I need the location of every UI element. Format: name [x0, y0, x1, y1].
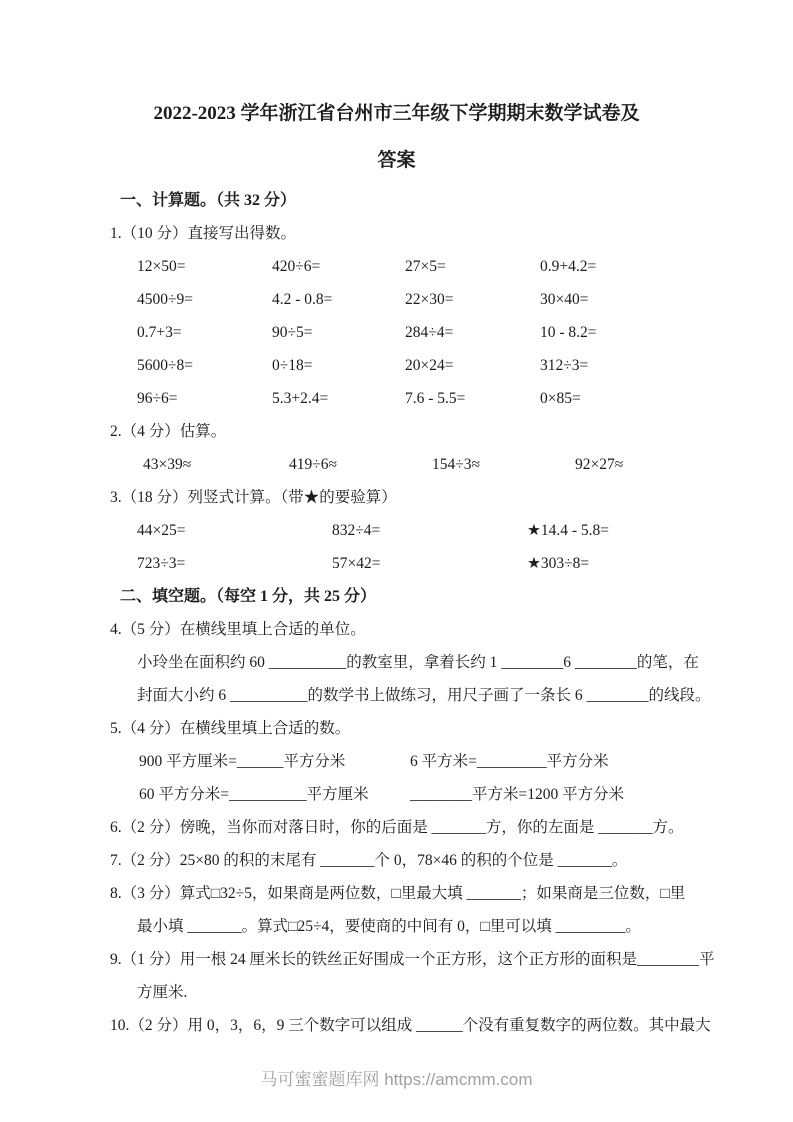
expression-cell: 4500÷9= [137, 283, 272, 316]
expression-cell: ★303÷8= [527, 547, 693, 580]
expression-cell: 0.7+3= [137, 316, 272, 349]
question-1-row: 5600÷8= 0÷18= 20×24= 312÷3= [137, 349, 693, 382]
question-8-line1: 8.（3 分）算式□32÷5，如果商是两位数，□里最大填 _______；如果商… [110, 877, 693, 910]
footer-watermark: 马可蜜蜜题库网 https://amcmm.com [0, 1068, 793, 1092]
expression-cell: 12×50= [137, 250, 272, 283]
expression-cell: 43×39≈ [143, 448, 289, 481]
fill-blank-cell: 60 平方分米=__________平方厘米 [139, 778, 410, 811]
exam-paper-page: 2022-2023 学年浙江省台州市三年级下学期期末数学试卷及 答案 一、计算题… [0, 0, 793, 1122]
question-1-row: 96÷6= 5.3+2.4= 7.6 - 5.5= 0×85= [137, 382, 693, 415]
expression-cell: 96÷6= [137, 382, 272, 415]
exam-title: 2022-2023 学年浙江省台州市三年级下学期期末数学试卷及 答案 [0, 0, 793, 184]
expression-cell: 7.6 - 5.5= [405, 382, 540, 415]
expression-cell: 154÷3≈ [432, 448, 575, 481]
question-10-text: 10.（2 分）用 0，3，6，9 三个数字可以组成 ______个没有重复数字… [110, 1009, 693, 1042]
exam-title-line2: 答案 [0, 137, 793, 184]
expression-cell: 10 - 8.2= [540, 316, 693, 349]
expression-cell: 419÷6≈ [289, 448, 432, 481]
question-5-label: 5.（4 分）在横线里填上合适的数。 [110, 712, 693, 745]
section-1-heading: 一、计算题。（共 32 分） [120, 184, 693, 217]
question-1-row: 4500÷9= 4.2 - 0.8= 22×30= 30×40= [137, 283, 693, 316]
expression-cell: 312÷3= [540, 349, 693, 382]
question-5-row: 60 平方分米=__________平方厘米 ________平方米=1200 … [139, 778, 693, 811]
fill-blank-cell: ________平方米=1200 平方分米 [410, 778, 693, 811]
expression-cell: 27×5= [405, 250, 540, 283]
expression-cell: ★14.4 - 5.8= [527, 514, 693, 547]
question-2-row: 43×39≈ 419÷6≈ 154÷3≈ 92×27≈ [143, 448, 693, 481]
expression-cell: 0×85= [540, 382, 693, 415]
expression-cell: 57×42= [332, 547, 527, 580]
question-4-line2: 封面大小约 6 __________的数学书上做练习，用尺子画了一条长 6 __… [137, 679, 693, 712]
exam-title-line1: 2022-2023 学年浙江省台州市三年级下学期期末数学试卷及 [0, 90, 793, 137]
expression-cell: 44×25= [137, 514, 332, 547]
fill-blank-cell: 6 平方米=_________平方分米 [410, 745, 693, 778]
question-4-line1: 小玲坐在面积约 60 __________的教室里，拿着长约 1 _______… [137, 646, 693, 679]
question-5-row: 900 平方厘米=______平方分米 6 平方米=_________平方分米 [139, 745, 693, 778]
expression-cell: 5600÷8= [137, 349, 272, 382]
question-6-text: 6.（2 分）傍晚，当你而对落日时，你的后面是 _______方，你的左面是 _… [110, 811, 693, 844]
exam-body: 一、计算题。（共 32 分） 1.（10 分）直接写出得数。 12×50= 42… [110, 184, 693, 1042]
expression-cell: 5.3+2.4= [272, 382, 405, 415]
question-9-line1: 9.（1 分）用一根 24 厘米长的铁丝正好围成一个正方形，这个正方形的面积是_… [110, 943, 693, 976]
expression-cell: 90÷5= [272, 316, 405, 349]
question-1-row: 12×50= 420÷6= 27×5= 0.9+4.2= [137, 250, 693, 283]
question-8-line2: 最小填 _______。算式□25÷4，要使商的中间有 0，□里可以填 ____… [137, 910, 693, 943]
question-9-line2: 方厘米. [137, 976, 693, 1009]
question-3-row: 723÷3= 57×42= ★303÷8= [137, 547, 693, 580]
expression-cell: 284÷4= [405, 316, 540, 349]
question-3-row: 44×25= 832÷4= ★14.4 - 5.8= [137, 514, 693, 547]
question-1-label: 1.（10 分）直接写出得数。 [110, 217, 693, 250]
question-2-label: 2.（4 分）估算。 [110, 415, 693, 448]
question-3-label: 3.（18 分）列竖式计算。（带★的要验算） [110, 481, 693, 514]
section-2-heading: 二、填空题。（每空 1 分，共 25 分） [120, 580, 693, 613]
expression-cell: 420÷6= [272, 250, 405, 283]
expression-cell: 832÷4= [332, 514, 527, 547]
fill-blank-cell: 900 平方厘米=______平方分米 [139, 745, 410, 778]
expression-cell: 0.9+4.2= [540, 250, 693, 283]
expression-cell: 4.2 - 0.8= [272, 283, 405, 316]
expression-cell: 22×30= [405, 283, 540, 316]
question-1-row: 0.7+3= 90÷5= 284÷4= 10 - 8.2= [137, 316, 693, 349]
expression-cell: 723÷3= [137, 547, 332, 580]
question-7-text: 7.（2 分）25×80 的积的末尾有 _______个 0，78×46 的积的… [110, 844, 693, 877]
expression-cell: 30×40= [540, 283, 693, 316]
question-4-label: 4.（5 分）在横线里填上合适的单位。 [110, 613, 693, 646]
expression-cell: 0÷18= [272, 349, 405, 382]
expression-cell: 20×24= [405, 349, 540, 382]
expression-cell: 92×27≈ [575, 448, 693, 481]
